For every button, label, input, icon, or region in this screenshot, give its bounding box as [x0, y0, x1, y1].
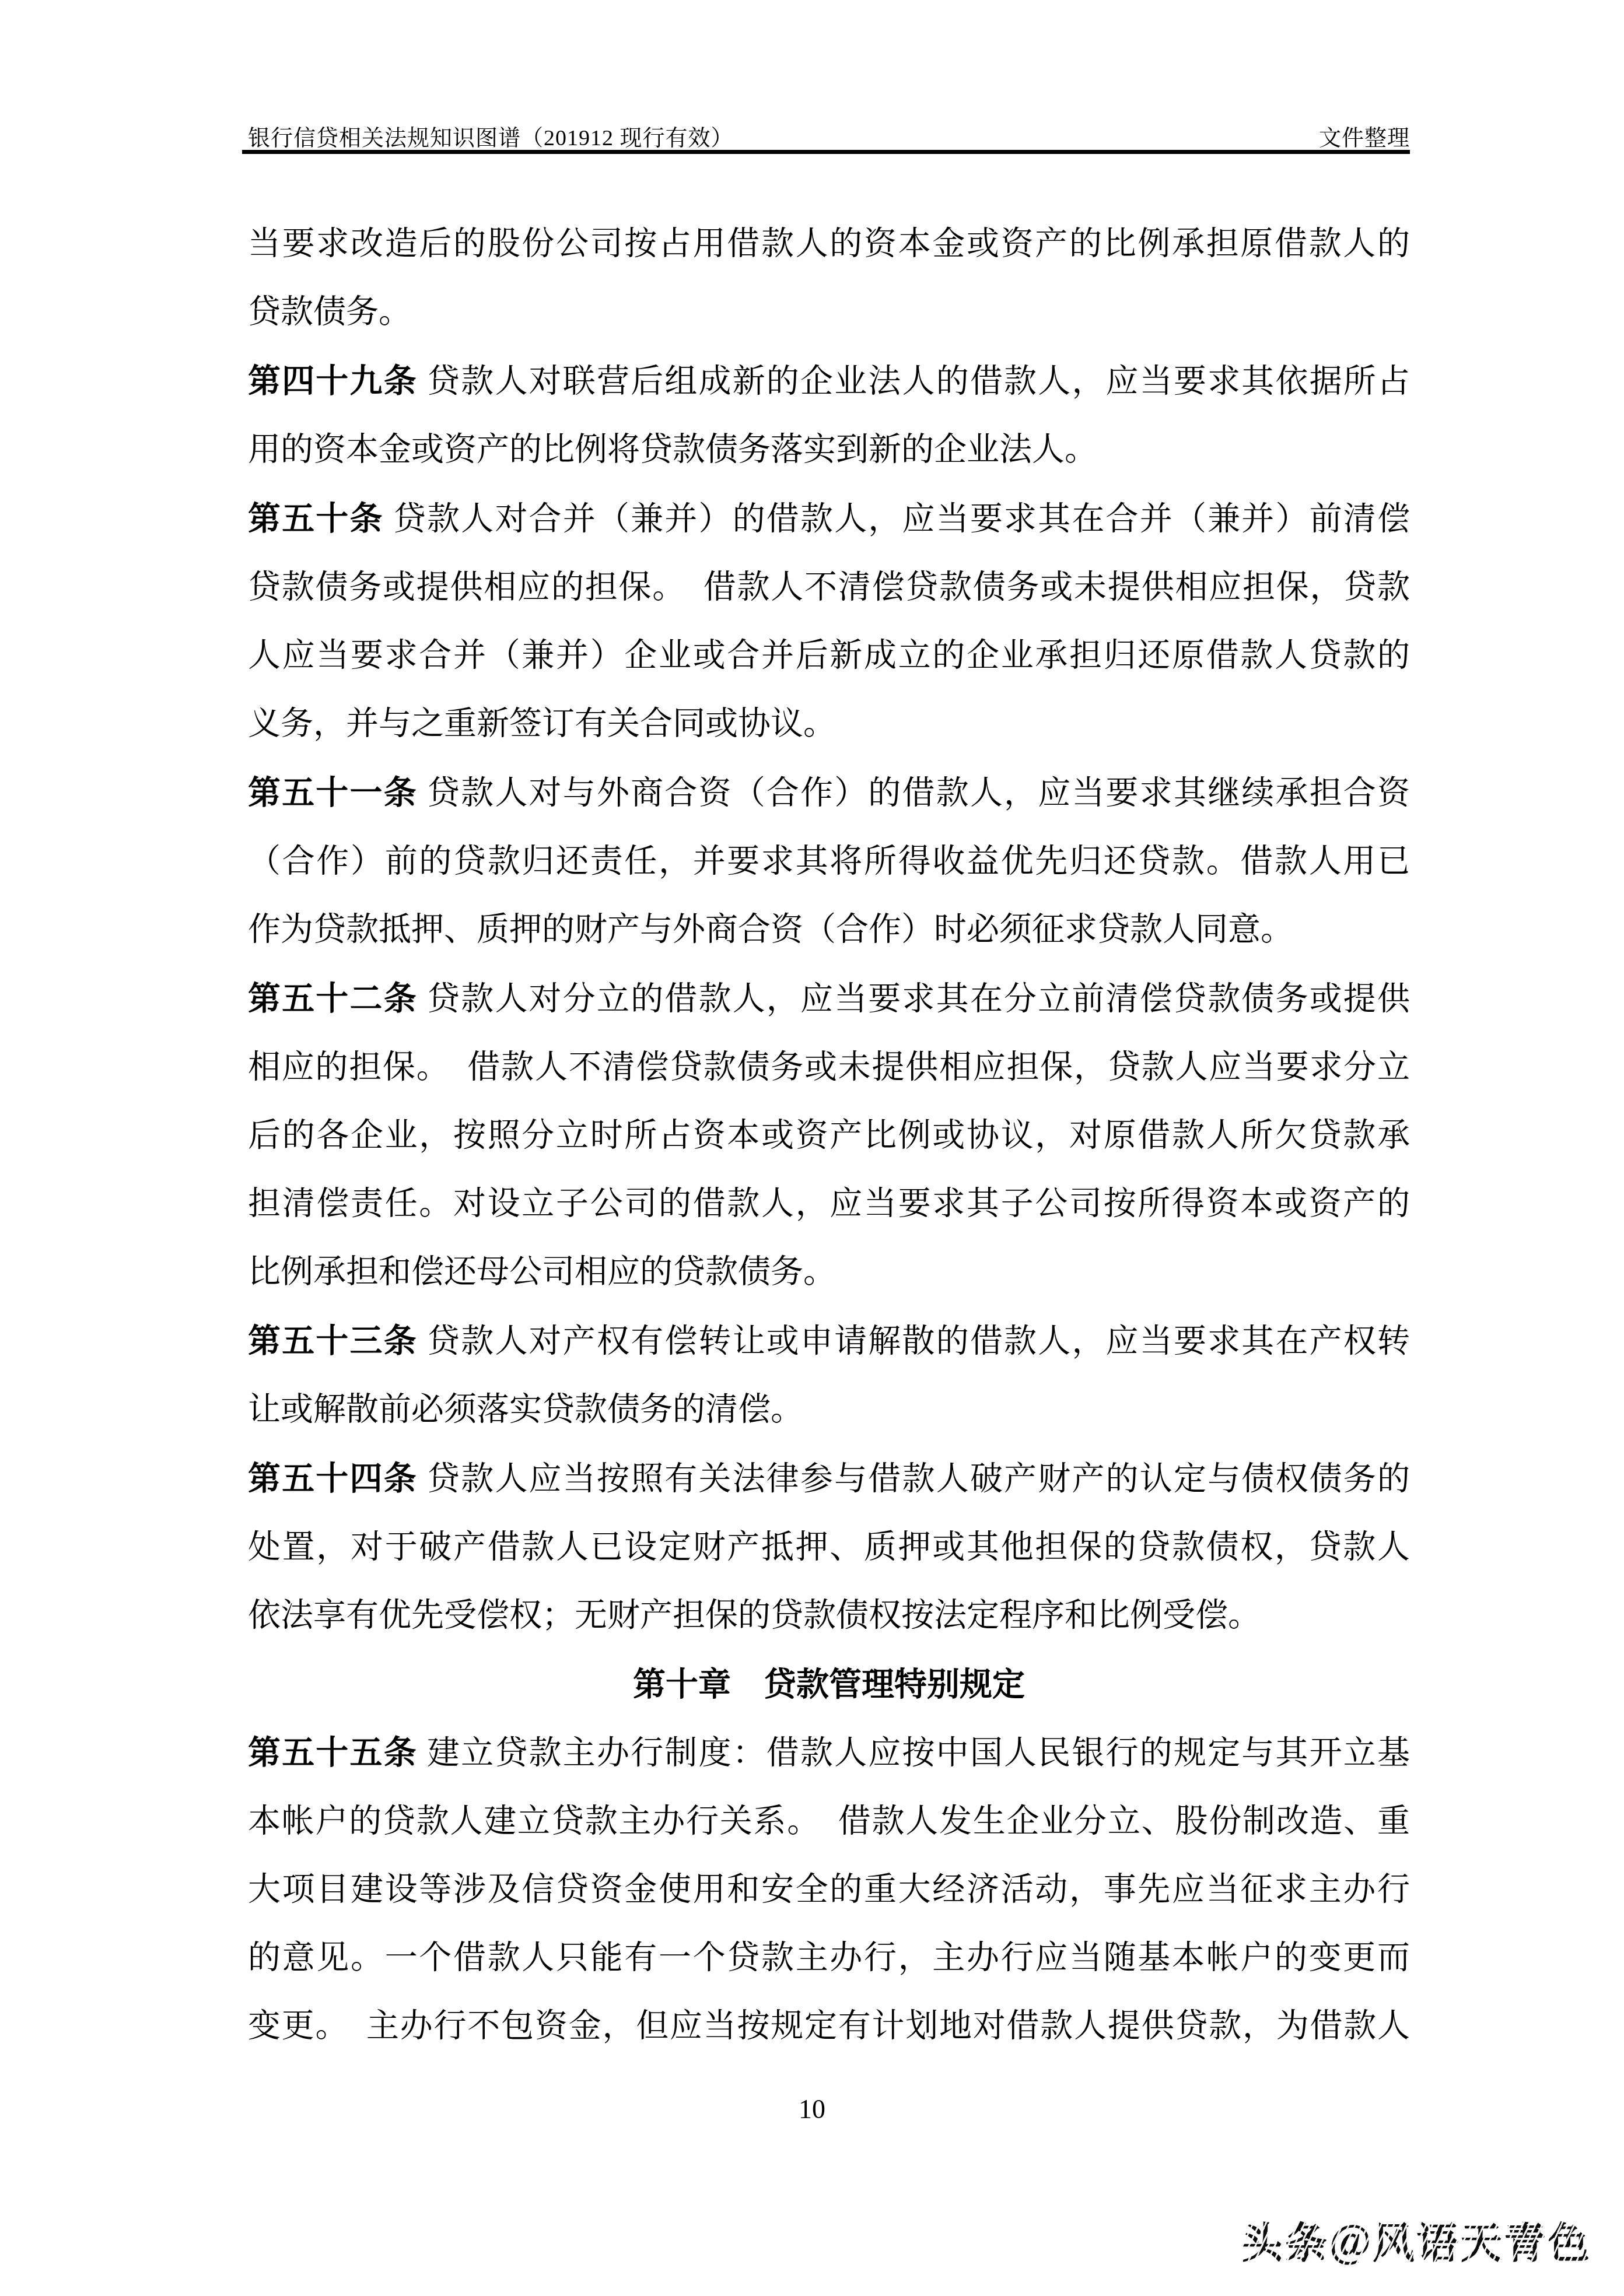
- header-rule: [242, 150, 1410, 154]
- article-number: 第四十九条: [248, 362, 418, 399]
- text-line: 本帐户的贷款人建立贷款主办行关系。 借款人发生企业分立、股份制改造、重: [248, 1787, 1410, 1856]
- article-number: 第五十一条: [248, 774, 418, 811]
- text-line: 当要求改造后的股份公司按占用借款人的资本金或资产的比例承担原借款人的: [248, 210, 1410, 278]
- article-number: 第五十四条: [248, 1460, 418, 1496]
- text-line: 让或解散前必须落实贷款债务的清偿。: [248, 1376, 1410, 1444]
- header-right-label: 文件整理: [1319, 120, 1410, 152]
- text-line: 义务，并与之重新签订有关合同或协议。: [248, 690, 1410, 758]
- text-line: 第五十二条 贷款人对分立的借款人，应当要求其在分立前清偿贷款债务或提供: [248, 964, 1410, 1033]
- text-line: 第五十四条 贷款人应当按照有关法律参与借款人破产财产的认定与债权债务的: [248, 1444, 1410, 1513]
- page-header: 银行信贷相关法规知识图谱（201912 现行有效） 文件整理: [248, 120, 1410, 152]
- text-line: 担清偿责任。对设立子公司的借款人，应当要求其子公司按所得资本或资产的: [248, 1170, 1410, 1238]
- header-title: 银行信贷相关法规知识图谱（201912 现行有效）: [248, 120, 734, 152]
- text-line: 第五十五条 建立贷款主办行制度：借款人应按中国人民银行的规定与其开立基: [248, 1718, 1410, 1787]
- text-line: 后的各企业，按照分立时所占资本或资产比例或协议，对原借款人所欠贷款承: [248, 1102, 1410, 1170]
- document-page: 银行信贷相关法规知识图谱（201912 现行有效） 文件整理 当要求改造后的股份…: [0, 0, 1624, 2296]
- chapter-heading: 第十章 贷款管理特别规定: [248, 1650, 1410, 1718]
- article-number: 第五十三条: [248, 1322, 418, 1359]
- text-line: 贷款债务或提供相应的担保。 借款人不清偿贷款债务或未提供相应担保，贷款: [248, 553, 1410, 622]
- text-line: 人应当要求合并（兼并）企业或合并后新成立的企业承担归还原借款人贷款的: [248, 622, 1410, 690]
- text-line: 第五十三条 贷款人对产权有偿转让或申请解散的借款人，应当要求其在产权转: [248, 1306, 1410, 1376]
- text-line: 大项目建设等涉及信贷资金使用和安全的重大经济活动，事先应当征求主办行: [248, 1856, 1410, 1924]
- text-line: 相应的担保。 借款人不清偿贷款债务或未提供相应担保，贷款人应当要求分立: [248, 1033, 1410, 1102]
- text-line: 贷款债务。: [248, 278, 1410, 346]
- text-line: 用的资本金或资产的比例将贷款债务落实到新的企业法人。: [248, 416, 1410, 484]
- watermark: 头条＠风语天青色: [1241, 2209, 1591, 2270]
- article-number: 第五十二条: [248, 980, 418, 1016]
- text-line: 变更。 主办行不包资金，但应当按规定有计划地对借款人提供贷款，为借款人: [248, 1992, 1410, 2060]
- text-line: 比例承担和偿还母公司相应的贷款债务。: [248, 1238, 1410, 1306]
- article-number: 第五十条: [248, 500, 384, 537]
- article-number: 第五十五条: [248, 1734, 418, 1771]
- text-line: 处置，对于破产借款人已设定财产抵押、质押或其他担保的贷款债权，贷款人: [248, 1513, 1410, 1582]
- text-line: 第五十一条 贷款人对与外商合资（合作）的借款人，应当要求其继续承担合资: [248, 758, 1410, 828]
- text-line: 依法享有优先受偿权；无财产担保的贷款债权按法定程序和比例受偿。: [248, 1582, 1410, 1650]
- text-line: 第四十九条 贷款人对联营后组成新的企业法人的借款人，应当要求其依据所占: [248, 346, 1410, 416]
- text-line: 的意见。一个借款人只能有一个贷款主办行，主办行应当随基本帐户的变更而: [248, 1924, 1410, 1992]
- page-number: 10: [0, 2094, 1624, 2125]
- text-line: 作为贷款抵押、质押的财产与外商合资（合作）时必须征求贷款人同意。: [248, 896, 1410, 964]
- document-body: 当要求改造后的股份公司按占用借款人的资本金或资产的比例承担原借款人的贷款债务。第…: [248, 210, 1410, 2060]
- text-line: 第五十条 贷款人对合并（兼并）的借款人，应当要求其在合并（兼并）前清偿: [248, 484, 1410, 553]
- text-line: （合作）前的贷款归还责任，并要求其将所得收益优先归还贷款。借款人用已: [248, 828, 1410, 896]
